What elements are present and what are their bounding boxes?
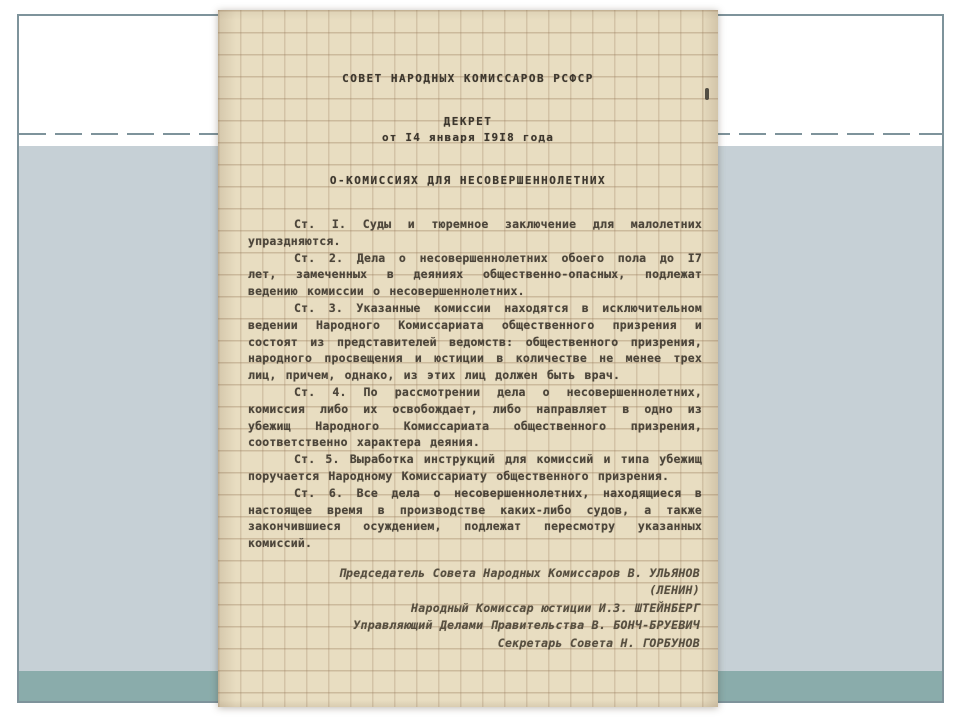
article-6: Ст. 6. Все дела о несовершеннолетних, на… (248, 485, 702, 552)
document-organization: СОВЕТ НАРОДНЫХ КОМИССАРОВ РСФСР (218, 72, 718, 86)
article-5: Ст. 5. Выработка инструкций для комиссий… (248, 451, 702, 485)
document-title: О-КОМИССИЯХ ДЛЯ НЕСОВЕРШЕННОЛЕТНИХ (218, 174, 718, 188)
article-2: Ст. 2. Дела о несовершеннолетних обоего … (248, 250, 702, 300)
signature-affairs-manager: Управляющий Делами Правительства В. БОНЧ… (248, 617, 700, 635)
article-3: Ст. 3. Указанные комиссии находятся в ис… (248, 300, 702, 384)
signature-lenin: (ЛЕНИН) (248, 582, 700, 600)
ink-mark (705, 88, 709, 100)
document-body: Ст. I. Суды и тюремное заключение для ма… (248, 216, 702, 652)
signature-chairman: Председатель Совета Народных Комиссаров … (248, 565, 700, 583)
signature-block: Председатель Совета Народных Комиссаров … (248, 565, 702, 653)
article-4: Ст. 4. По рассмотрении дела о несовершен… (248, 384, 702, 451)
scanned-decree-document: СОВЕТ НАРОДНЫХ КОМИССАРОВ РСФСР ДЕКРЕТ о… (218, 10, 718, 707)
signature-justice-commissar: Народный Комиссар юстиции И.З. ШТЕЙНБЕРГ (248, 600, 700, 618)
signature-secretary: Секретарь Совета Н. ГОРБУНОВ (248, 635, 700, 653)
slide: СОВЕТ НАРОДНЫХ КОМИССАРОВ РСФСР ДЕКРЕТ о… (0, 0, 960, 720)
document-date: от I4 января I9I8 года (218, 131, 718, 145)
document-type: ДЕКРЕТ (218, 115, 718, 129)
article-1: Ст. I. Суды и тюремное заключение для ма… (248, 216, 702, 250)
